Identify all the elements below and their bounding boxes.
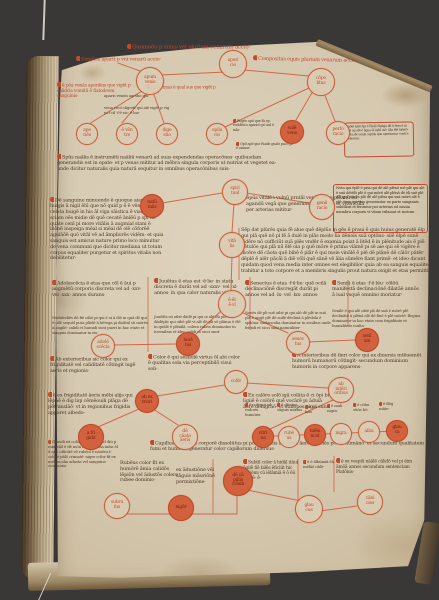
label-text: Simplex aparit p vni venarū accio· bbox=[81, 57, 161, 63]
diagram-node-color: colōr bbox=[224, 370, 248, 394]
column-text: Senēs dē pli suē oibē pi qui alē dē plē … bbox=[245, 310, 331, 330]
paragraph-mark-icon bbox=[236, 142, 239, 146]
paragraph-mark-icon bbox=[332, 280, 336, 285]
diagram-node-aperiens: ape riēs bbox=[76, 123, 98, 145]
diagram-node-a-frigiditate: a fri gidit bbox=[78, 424, 104, 450]
column-text: Stultifodiēs dē fiē oibē pi qui ē oi ā ē… bbox=[52, 315, 148, 335]
diagram-node-apum-venis: apum venis bbox=[136, 67, 164, 95]
paragraph-text: Spūs naālis ē instrumēti naāliū venarū a… bbox=[57, 155, 276, 173]
diagram-node-iuventus: iuuē tus bbox=[176, 332, 200, 356]
diagram-node-naturalis: natū ralis bbox=[140, 194, 164, 218]
diagram-node-digestio: dige stio bbox=[156, 123, 178, 145]
diagram-node-niger: nigēr bbox=[168, 495, 194, 521]
diagram-node-glauca: glau ca bbox=[386, 420, 408, 442]
diagram-node-nigra: nigra bbox=[330, 423, 352, 445]
color-cause-6: ē flēg māte· bbox=[379, 402, 405, 412]
paragraph-text: Rubēus color fit ex humōrē āmia calidōs … bbox=[120, 460, 178, 483]
paragraph-text: ē ex vespiū nāālē cālidō vel pi ēim āmōā… bbox=[336, 460, 412, 475]
paragraph-albuminis: ē ē ālbūmiā ēā mēlāō oblē· bbox=[303, 460, 334, 470]
paragraph-text: ē ē ālbūmiā ēā mēlāō oblē· bbox=[303, 459, 334, 469]
diagram-node-alba: alba bbox=[358, 421, 380, 443]
diagram-node-ab-exteriori: ab ex triori bbox=[135, 389, 159, 413]
diagram-node-compositus: cōpo litus bbox=[307, 68, 335, 96]
diagram-node-de-capillis: dē cā pillis crinib bbox=[223, 466, 253, 496]
column-text: Senilē ē qui alē oibē pli dē suā ē mōrē … bbox=[332, 308, 420, 328]
note-text: Rupēs opō que fū ep redolēico aparicō pō… bbox=[233, 119, 274, 132]
paragraph-mark-icon bbox=[57, 154, 61, 159]
color-cause-3: ē ca lida bbox=[305, 405, 323, 415]
column-senectus-gloss: Senēs dē pli suē oibē pi qui alē dē plē … bbox=[245, 311, 331, 331]
diagram-node-citrina: citri na bbox=[252, 426, 274, 448]
paragraph-mark-icon bbox=[148, 354, 152, 359]
diagram-node-apericio: aperi cio bbox=[219, 50, 247, 78]
paragraph-mark-icon bbox=[50, 197, 54, 202]
paragraph-mark-icon bbox=[76, 56, 80, 61]
diagram-node-glaucus: glau cus bbox=[295, 495, 323, 523]
paragraph-color-est: Color ē qui sēsibilē virtus ōl abi color… bbox=[148, 354, 242, 373]
paragraph-mark-icon bbox=[243, 392, 247, 397]
paragraph-a-interioribus: A interioribus dē fieri color qui ex diu… bbox=[292, 352, 422, 371]
paragraph-main-right: Sēp dat plūrēs quia fē alue quē dēplūs i… bbox=[241, 228, 433, 274]
diagram-node-spiritual: spiri tual bbox=[222, 179, 248, 205]
paragraph-mark-icon bbox=[50, 356, 54, 361]
paragraph-spiritus-naturalis: Spūs naālis ē instrumēti naāliū venarū a… bbox=[57, 154, 277, 173]
paragraph-text: ē ex frigiditatē āeris mēbi alijs qui lē… bbox=[48, 393, 133, 416]
note-gloss-4: Opō apē que Ruale guale pacē pi ē oianus… bbox=[236, 142, 294, 151]
color-cause-1: ē coli qui ad rodoris humōris bbox=[245, 403, 273, 418]
column-text: Senectus ē etas ·f·ē·lie· quē ocilā decl… bbox=[245, 281, 326, 299]
diagram-node-vale-vene: valē vene bbox=[280, 120, 304, 144]
paragraph-mark-icon bbox=[233, 119, 236, 123]
paragraph-ex-frigiditate: ē ex frigiditatē āeris mēbi alijs qui lē… bbox=[48, 392, 145, 417]
paragraph-ab-exterioribus: Ab exterioribus sic color qui ex frigidi… bbox=[50, 356, 146, 375]
note-text: vena vecō digerit qui aiē vigēt p vig pi… bbox=[104, 105, 169, 115]
color-cause-5: ē cōbu stiōe hō· bbox=[353, 403, 377, 413]
paragraph-text: Sēp dat plūrēs quia fē alue quē dēplūs i… bbox=[241, 227, 432, 274]
column-adolescencia-gloss: Stultifodiēs dē fiē oibē pi qui ē oi ā ē… bbox=[52, 316, 148, 336]
paragraph-rubeus: Rubēus color fit ex humōrē āmia calidōs … bbox=[120, 461, 180, 484]
paragraph-mark-icon bbox=[154, 278, 158, 283]
paragraph-text: Spūs vitālē i vulnū prntāl venāl ad ce p… bbox=[246, 195, 364, 213]
diagram-node-canicies: cāni cies bbox=[357, 489, 383, 515]
paragraph-mark-icon bbox=[127, 44, 131, 49]
cause-text: ē coli qui ad rodoris humōris bbox=[245, 402, 271, 417]
paragraph-mark-icon bbox=[150, 440, 154, 445]
paragraph-text: Ab exterioribus sic color qui ex frigidi… bbox=[50, 357, 135, 375]
color-cause-4: ē mali nigra· bbox=[327, 404, 351, 414]
diagram-node-vitalis: vitā lis bbox=[219, 232, 245, 258]
diagram-node-generacio: genē racio bbox=[309, 194, 335, 220]
diagram-node-eventre: ē vēn tre bbox=[116, 123, 138, 145]
label-text: Compositus equis plurium venarum accio· bbox=[258, 56, 357, 64]
column-senium-gloss: Senilē ē qui alē oibē pli dē suā ē mōrē … bbox=[332, 309, 422, 329]
column-text: Adolescēcia ē etas que cōl ē āui p augmē… bbox=[52, 281, 141, 299]
paragraph-ex-adustione: ex ādustiōne vēl sāguis māuriōnē permixt… bbox=[176, 468, 226, 485]
paragraph-text: A interioribus dē fieri color qui ex diu… bbox=[292, 353, 421, 371]
paragraph-mark-icon bbox=[245, 280, 249, 285]
diagram-node-adolescencia: adolē scēcia bbox=[91, 334, 115, 358]
diagram-node-rubeus-color: rubē us bbox=[278, 426, 300, 448]
diagram-node-subrufus: subru fus bbox=[104, 493, 130, 519]
diagram-node-melancolia: mēla ncol bbox=[304, 424, 326, 446]
column-senium: Seniū ē etas ·f·ē·lēu· cōlōū manifestā d… bbox=[332, 280, 422, 299]
paragraph-text: Color ē qui sēsibilē virtus ōl abi color… bbox=[148, 355, 240, 373]
paragraph-mark-icon bbox=[336, 458, 340, 463]
paragraph-mark-icon bbox=[253, 55, 257, 60]
column-adolescencia: Adolescēcia ē etas que cōl ē āui p augmē… bbox=[52, 280, 148, 299]
cause-text: ē dē sine sāguis mixtus bbox=[277, 402, 302, 412]
diagram-node-ab-interioribus: ab intēri oribus bbox=[328, 377, 354, 403]
column-text: Seniū ē etas ·f·ē·lēu· cōlōū manifestā d… bbox=[332, 281, 419, 299]
paragraph-platonis: ē ex vespiū nāālē cālidō vel pi ēim āmōā… bbox=[336, 458, 424, 475]
column-senectus: Senectus ē etas ·f·ē·lie· quē ocilā decl… bbox=[245, 280, 331, 299]
annotation-box-1: mōtē āstē ēpi ē Rialē ēlpāga dē ā ēina ē… bbox=[344, 121, 415, 157]
note-text: aparis venōn agethe qui· bbox=[104, 93, 149, 98]
note-gloss-3: Rupēs opō que fū ep redolēico aparicō pō… bbox=[233, 119, 281, 132]
diagram-node-senium: senī um bbox=[355, 328, 379, 352]
diagram-node-etas-hub: ē·ēt ē·vl bbox=[218, 290, 246, 318]
diagram-node-de-causa-aeris: dē cāata āeris bbox=[172, 424, 198, 450]
color-cause-2: ē dē sine sāguis mixtus bbox=[277, 403, 303, 413]
annotation-text: mōtē āstē ēpi ē Rialē ēlpāga dē ā ēina ē… bbox=[347, 124, 409, 142]
diagram-node-opilacio: opila cio bbox=[206, 123, 228, 145]
diagram-node-perforacio: perfo racio bbox=[326, 121, 350, 145]
paragraph-mark-icon bbox=[48, 392, 52, 397]
paragraph-mark-icon bbox=[57, 82, 61, 87]
label-simplex: Simplex aparit p vni venarū accio· bbox=[76, 56, 236, 63]
paragraph-mark-icon bbox=[52, 280, 56, 285]
note-text: Opō apē que Ruale guale pacē pi ē oianus… bbox=[236, 142, 292, 150]
paragraph-mark-icon bbox=[243, 459, 247, 464]
manuscript-photo: Quomodo p vnius vel plurium venarum acci… bbox=[0, 0, 439, 600]
diagram-node-senectus: senec tus bbox=[286, 331, 310, 355]
note-gloss-2: vena vecō digerit qui aiē vigēt p vig pi… bbox=[104, 106, 170, 116]
paragraph-text: ex ādustiōne vēl sāguis māuriōnē permixt… bbox=[176, 467, 215, 485]
paragraph-spiritus-vitalis: Spūs vitālē i vulnū prntāl venāl ad ce p… bbox=[246, 196, 366, 213]
